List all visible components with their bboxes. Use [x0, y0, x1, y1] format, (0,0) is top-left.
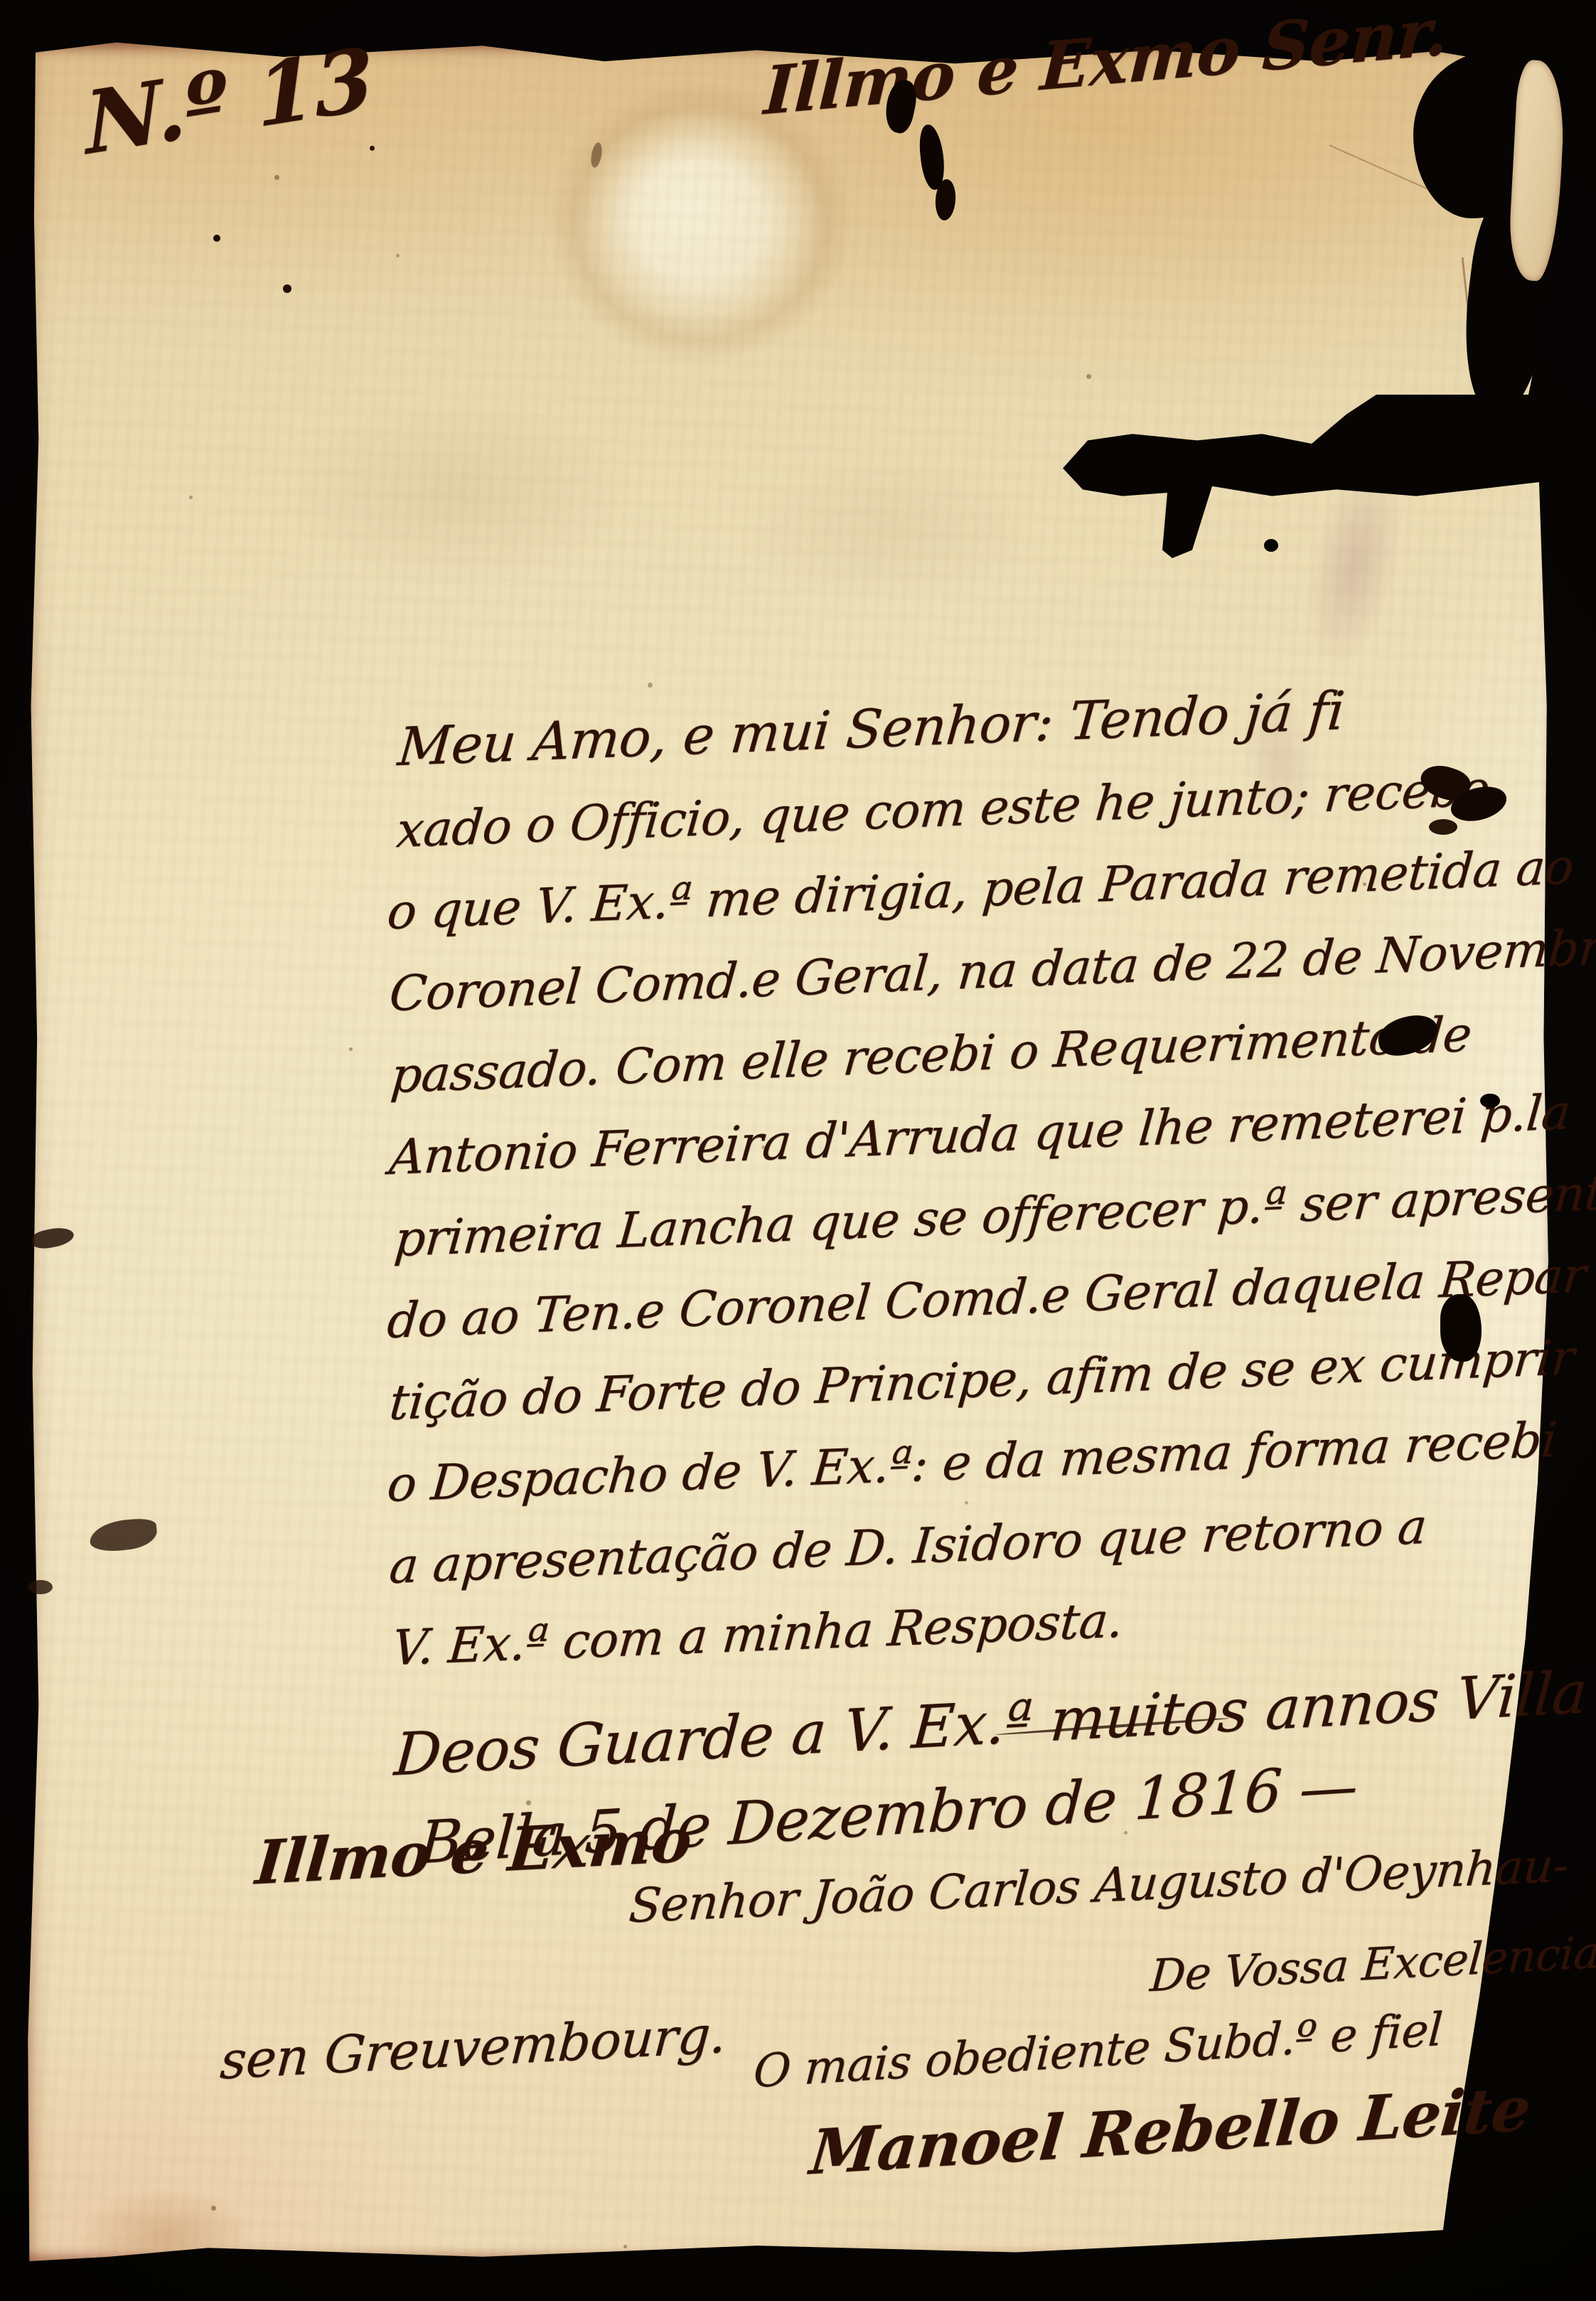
water-stain: [594, 124, 778, 295]
paper-crease: [1462, 249, 1566, 457]
corner-stain: [64, 2179, 270, 2293]
show-through-stain: [238, 380, 679, 608]
paper-crease: [1329, 144, 1479, 212]
scan-background: N.º 13 Illmo e Exmo Senr. Meu Amo, e mui…: [0, 0, 1596, 2301]
foxing-spots: [25, 39, 28, 43]
show-through-stain: [700, 437, 1070, 622]
ink-smudge-stain: [1275, 425, 1434, 705]
